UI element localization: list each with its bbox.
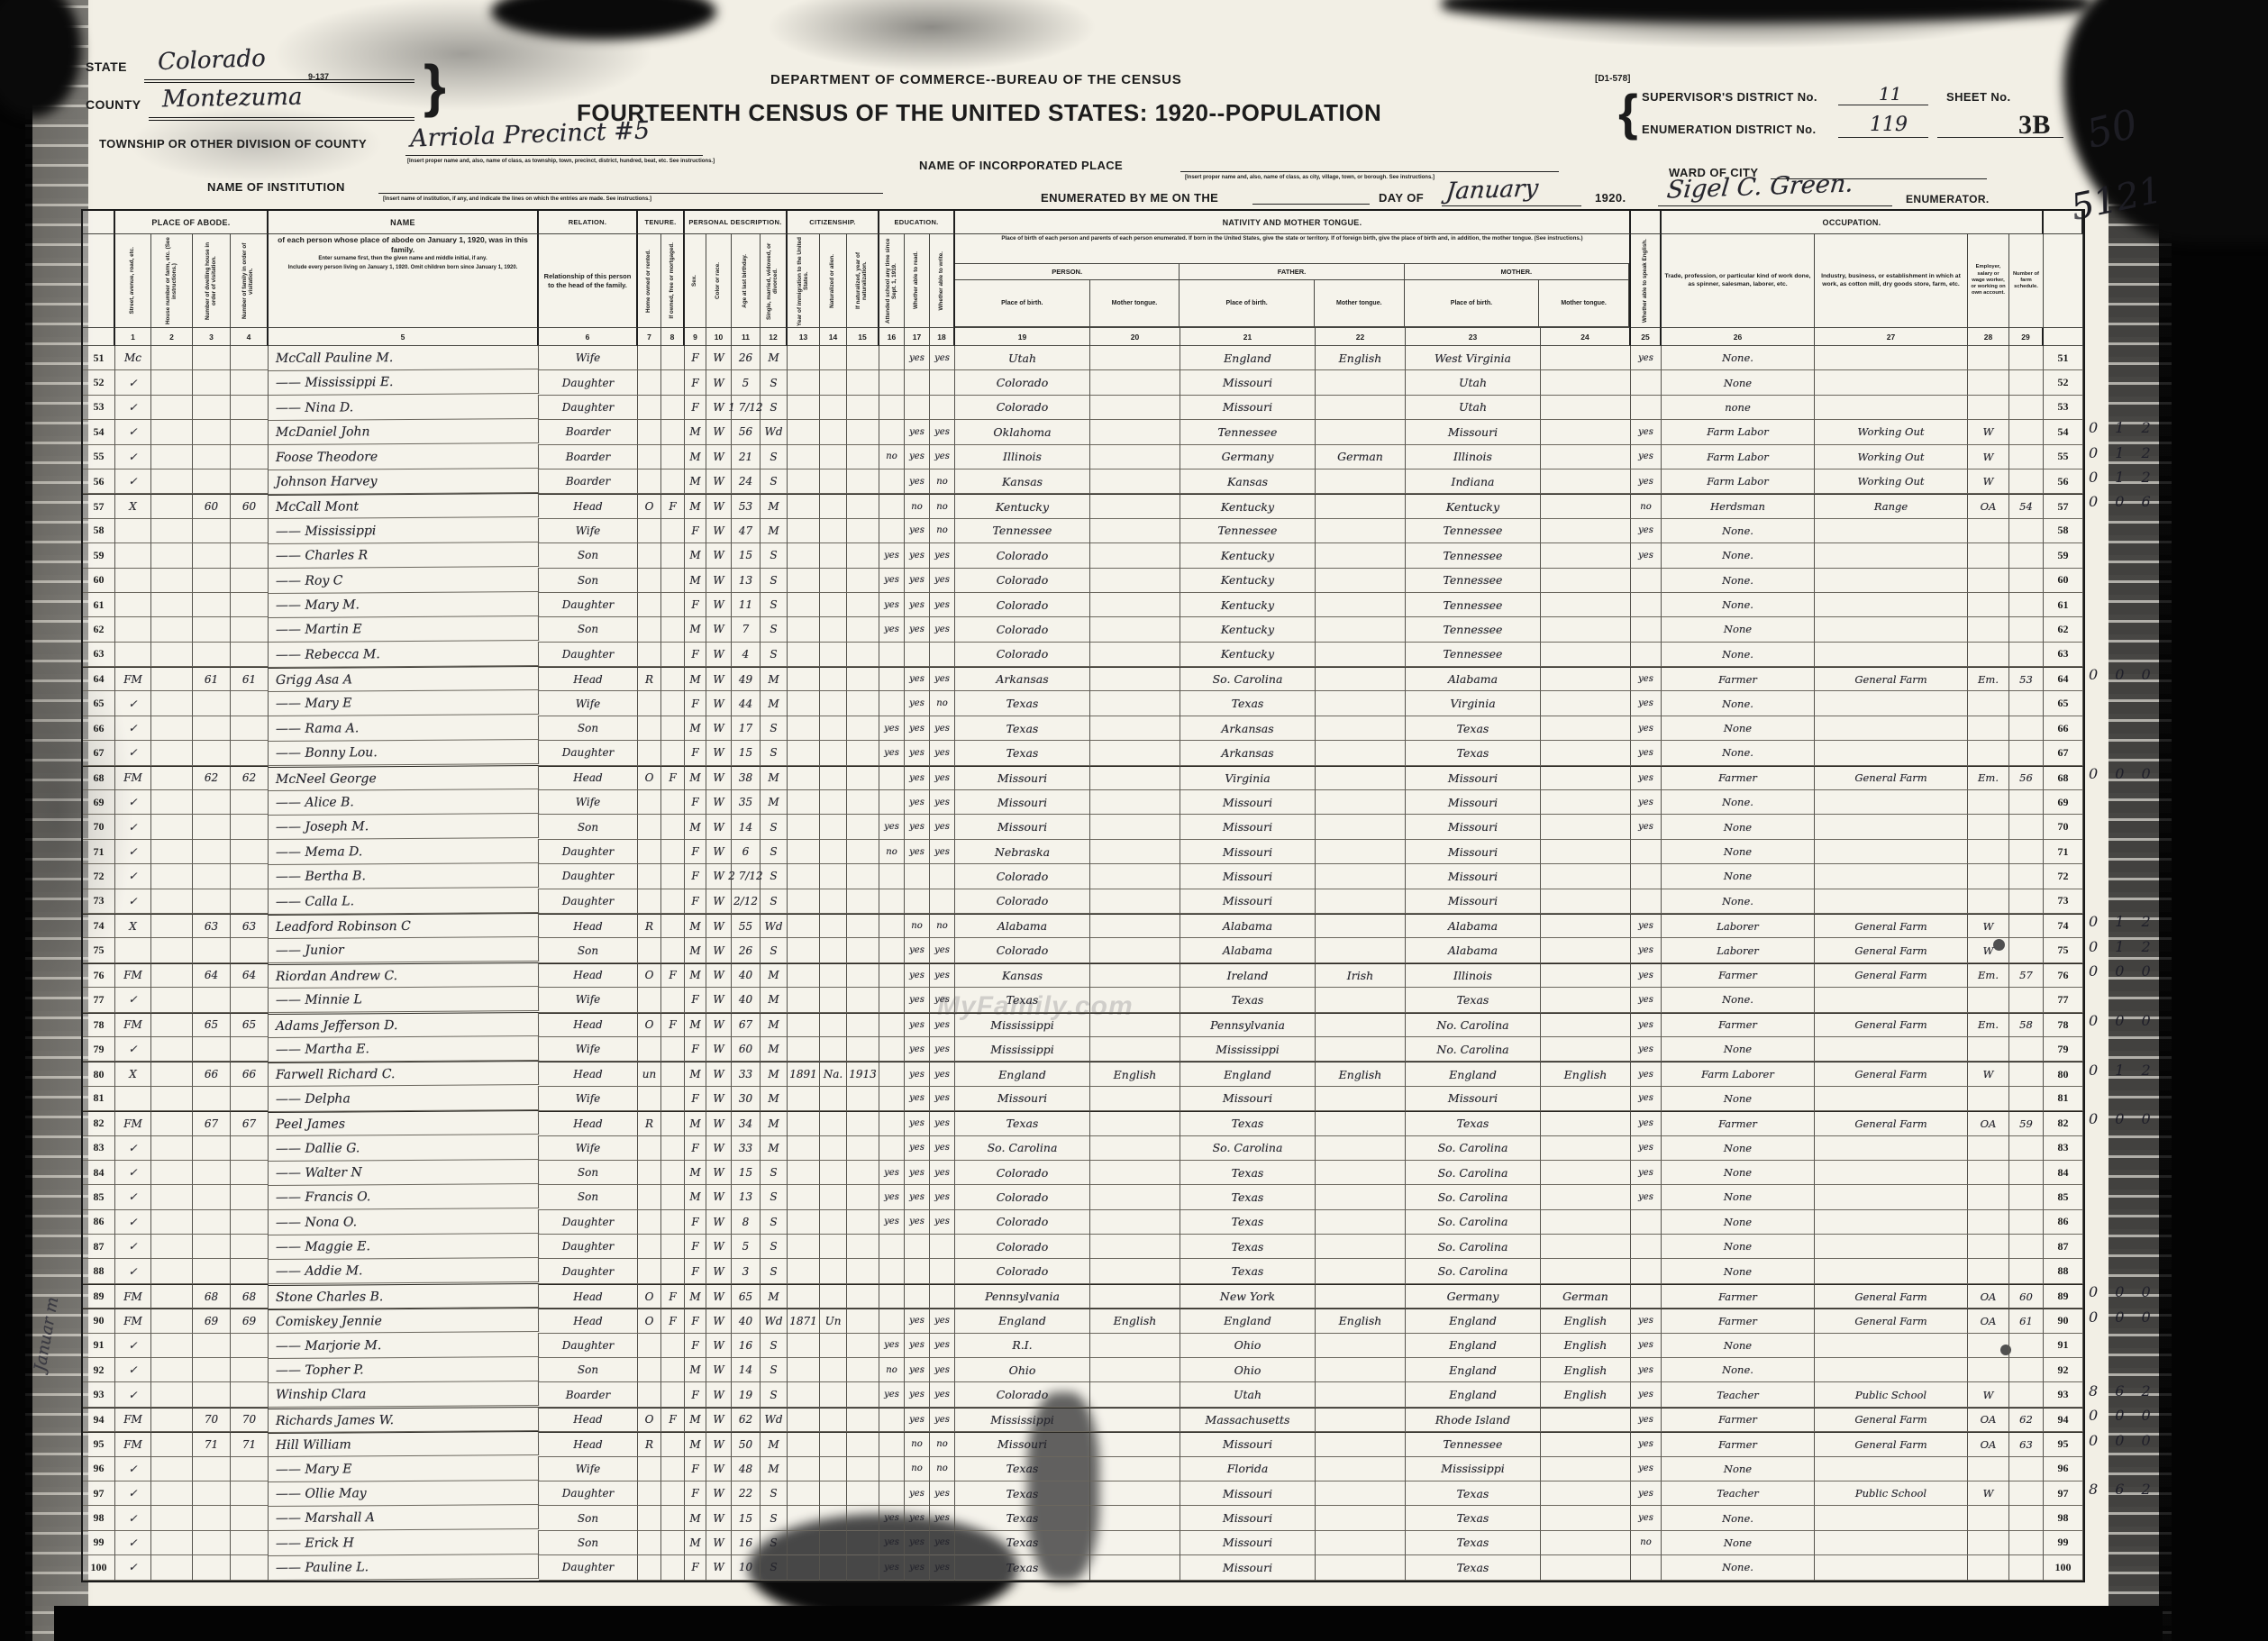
cell	[1815, 1037, 1968, 1062]
cell	[2009, 1185, 2044, 1209]
cell	[1968, 593, 2009, 617]
colnum-2: 2	[151, 328, 193, 346]
cell	[1968, 1506, 2009, 1530]
enumerated-mid: DAY OF	[1379, 191, 1424, 205]
cell: 6	[732, 840, 761, 864]
cell	[115, 593, 151, 617]
cell	[231, 396, 269, 420]
cell	[820, 543, 847, 568]
cell	[1541, 1259, 1631, 1283]
cell	[879, 643, 905, 667]
cell	[1090, 1531, 1180, 1555]
cell	[820, 864, 847, 889]
cell	[930, 1284, 955, 1308]
cell	[231, 420, 269, 444]
cell	[1968, 889, 2009, 914]
cell	[151, 766, 193, 790]
cell: Missouri	[1180, 889, 1316, 914]
cell	[847, 938, 879, 962]
cell: F	[661, 1308, 685, 1333]
cell	[2009, 1334, 2044, 1358]
cell: W	[1968, 1382, 2009, 1407]
cell: Texas	[1180, 1210, 1316, 1235]
cell	[788, 370, 820, 395]
cell	[231, 1334, 269, 1358]
cell	[638, 1334, 661, 1358]
cell: yes	[1631, 914, 1662, 938]
cell	[1968, 864, 2009, 889]
colnum-14: 14	[820, 328, 847, 346]
table-row: 100✓—— Pauline L.DaughterFW10SyesyesyesT…	[83, 1555, 2083, 1580]
supervisor-label: SUPERVISOR'S DISTRICT No.	[1642, 90, 1817, 104]
cell: 63	[193, 914, 231, 938]
cell: —— Martin E	[269, 616, 539, 643]
cell: Pennsylvania	[955, 1284, 1090, 1308]
cell	[661, 370, 685, 395]
cell: Virginia	[1406, 691, 1541, 716]
cell: Richards James W.	[269, 1407, 539, 1433]
cell: ✓	[115, 370, 151, 395]
cell	[847, 1210, 879, 1235]
cell: Missouri	[1180, 370, 1316, 395]
cell	[1090, 766, 1180, 790]
cell: FM	[115, 1408, 151, 1432]
cell	[2009, 716, 2044, 741]
cell	[1316, 914, 1406, 938]
cell	[193, 1136, 231, 1161]
cell: Kentucky	[1180, 494, 1316, 518]
cell: —— Ollie May	[269, 1481, 539, 1507]
row-number-left: 53	[83, 396, 115, 420]
cell: —— Topher P.	[269, 1357, 539, 1383]
cell	[1815, 1334, 1968, 1358]
cell	[638, 691, 661, 716]
enumerated-year: 1920.	[1595, 191, 1626, 205]
cell: Colorado	[955, 370, 1090, 395]
cell	[661, 1457, 685, 1481]
cell: yes	[1631, 1358, 1662, 1382]
cell	[1815, 643, 1968, 667]
cell: M	[685, 1408, 706, 1432]
cell: ✓	[115, 889, 151, 914]
cell: S	[761, 617, 788, 642]
cell	[231, 1457, 269, 1481]
row-number-right: 78	[2044, 1013, 2083, 1037]
cell: S	[761, 470, 788, 494]
cell	[151, 1087, 193, 1111]
cell: yes	[905, 1358, 930, 1382]
cell: W	[706, 766, 732, 790]
cell: Daughter	[539, 1235, 638, 1259]
cell	[1815, 519, 1968, 543]
cell: 3	[732, 1259, 761, 1283]
cell	[820, 815, 847, 839]
cell	[151, 1062, 193, 1086]
cell: yes	[1631, 741, 1662, 765]
cell	[788, 1481, 820, 1506]
cell	[661, 1235, 685, 1259]
cell	[661, 889, 685, 914]
cell: 63	[2009, 1432, 2044, 1456]
cell: W	[706, 1334, 732, 1358]
cell	[638, 716, 661, 741]
cell: 19	[732, 1382, 761, 1407]
cell	[879, 346, 905, 370]
colnum-15: 15	[847, 328, 879, 346]
cell	[1316, 691, 1406, 716]
department-line: DEPARTMENT OF COMMERCE--BUREAU OF THE CE…	[770, 72, 1182, 87]
cell	[151, 370, 193, 395]
row-number-right: 69	[2044, 790, 2083, 815]
cell: yes	[905, 1013, 930, 1037]
cell	[1815, 1136, 1968, 1161]
cell: yes	[905, 617, 930, 642]
cell: yes	[905, 593, 930, 617]
table-row: 78FM6565Adams Jefferson D.HeadOFMW67Myes…	[83, 1013, 2083, 1037]
group-occupation: OCCUPATION.	[1662, 211, 2044, 234]
cell	[115, 1087, 151, 1111]
cell	[115, 519, 151, 543]
cell: General Farm	[1815, 766, 1968, 790]
cell: S	[761, 396, 788, 420]
cell	[1541, 766, 1631, 790]
cell: yes	[930, 1161, 955, 1185]
cell: Na.	[820, 1062, 847, 1086]
row-number-left: 80	[83, 1062, 115, 1086]
enumerated-prefix: ENUMERATED BY ME ON THE	[1041, 191, 1218, 205]
cell: Mc	[115, 346, 151, 370]
cell: So. Carolina	[1180, 1136, 1316, 1161]
cell: W	[706, 1358, 732, 1382]
cell: —— Mississippi	[269, 518, 539, 544]
cell	[193, 617, 231, 642]
cell: R	[638, 667, 661, 691]
cell: Farmer	[1662, 1013, 1815, 1037]
cell	[847, 1506, 879, 1530]
cell	[820, 1037, 847, 1062]
row-number-right: 63	[2044, 643, 2083, 667]
township-line	[405, 155, 703, 156]
cell	[2009, 889, 2044, 914]
col-industry: Industry, business, or establishment in …	[1815, 234, 1968, 328]
cell	[847, 889, 879, 914]
cell: None	[1662, 1457, 1815, 1481]
cell: 67	[732, 1013, 761, 1037]
cell	[879, 370, 905, 395]
cell: yes	[905, 1408, 930, 1432]
row-number-right: 76	[2044, 963, 2083, 988]
cell: yes	[930, 1087, 955, 1111]
cell: no	[879, 1358, 905, 1382]
cell: W	[706, 1457, 732, 1481]
cell	[1090, 370, 1180, 395]
cell: W	[706, 1555, 732, 1580]
cell: Illinois	[955, 445, 1090, 470]
table-row: 58—— MississippiWifeFW47MyesnoTennesseeT…	[83, 519, 2083, 543]
cell: —— Rebecca M.	[269, 642, 539, 668]
cell: yes	[905, 963, 930, 988]
cell	[788, 617, 820, 642]
colnum-29: 29	[2009, 328, 2044, 346]
cell: General Farm	[1815, 1013, 1968, 1037]
cell: Colorado	[955, 938, 1090, 962]
cell: O	[638, 494, 661, 518]
cell	[1090, 667, 1180, 691]
cell: 71	[231, 1432, 269, 1456]
cell: S	[761, 1161, 788, 1185]
cell: Tennessee	[955, 519, 1090, 543]
cell: yes	[905, 790, 930, 815]
census-title: FOURTEENTH CENSUS OF THE UNITED STATES: …	[577, 99, 1381, 127]
cell: yes	[905, 1210, 930, 1235]
cell	[2009, 938, 2044, 962]
enumerated-blank	[1252, 204, 1370, 205]
cell: General Farm	[1815, 938, 1968, 962]
cell: Texas	[955, 1457, 1090, 1481]
cell	[1090, 1185, 1180, 1209]
col-street: Street, avenue, road, etc.	[115, 234, 151, 328]
row-number-right: 61	[2044, 593, 2083, 617]
cell: 61	[2009, 1308, 2044, 1333]
cell	[638, 346, 661, 370]
cell	[1316, 1210, 1406, 1235]
table-row: 62—— Martin ESonMW7SyesyesyesColoradoKen…	[83, 617, 2083, 642]
cell: 67	[193, 1111, 231, 1135]
cell: —— Nina D.	[269, 395, 539, 421]
cell	[2009, 1358, 2044, 1382]
cell: S	[761, 370, 788, 395]
cell	[847, 1382, 879, 1407]
row-number-left: 62	[83, 617, 115, 642]
cell: F	[685, 1136, 706, 1161]
cell: —— Junior	[269, 937, 539, 963]
table-row: 98✓—— Marshall ASonMW15SyesyesyesTexasMi…	[83, 1506, 2083, 1530]
cell: Tennessee	[1406, 1432, 1541, 1456]
cell	[2009, 1457, 2044, 1481]
cell	[151, 1037, 193, 1062]
cell: Missouri	[955, 815, 1090, 839]
cell	[1631, 1284, 1662, 1308]
cell: F	[685, 790, 706, 815]
cell: yes	[930, 1037, 955, 1062]
row-number-left: 88	[83, 1259, 115, 1283]
cell	[1090, 1235, 1180, 1259]
row-number-right: 100	[2044, 1555, 2083, 1580]
cell: Daughter	[539, 864, 638, 889]
cell: Wife	[539, 1457, 638, 1481]
cell: 4	[732, 643, 761, 667]
cell	[788, 593, 820, 617]
row-number-right: 74	[2044, 914, 2083, 938]
header-numbers: 1234567891011121314151617181920212223242…	[83, 328, 2083, 346]
row-number-right: 81	[2044, 1087, 2083, 1111]
cell	[905, 1284, 930, 1308]
cell: yes	[905, 1481, 930, 1506]
sheet-label: SHEET No.	[1946, 90, 2011, 104]
cell: Missouri	[1180, 1506, 1316, 1530]
cell	[788, 1037, 820, 1062]
cell	[847, 643, 879, 667]
cell	[820, 1408, 847, 1432]
cell: —— Mema D.	[269, 839, 539, 865]
table-row: 97✓—— Ollie MayDaughterFW22SyesyesTexasM…	[83, 1481, 2083, 1506]
cell	[661, 617, 685, 642]
cell	[1968, 1185, 2009, 1209]
cell: Son	[539, 1358, 638, 1382]
cell: 53	[2009, 667, 2044, 691]
cell	[661, 1136, 685, 1161]
cell: no	[1631, 1531, 1662, 1555]
cell: M	[761, 790, 788, 815]
cell: no	[905, 494, 930, 518]
cell: Head	[539, 1308, 638, 1333]
table-row: 93✓Winship ClaraBoarderFW19SyesyesyesCol…	[83, 1382, 2083, 1407]
cell: —— Marshall A	[269, 1505, 539, 1531]
cell	[1316, 1111, 1406, 1135]
cell: Texas	[955, 1506, 1090, 1530]
cell: Wife	[539, 988, 638, 1012]
cell: 35	[732, 790, 761, 815]
cell	[661, 790, 685, 815]
cell	[638, 1358, 661, 1382]
col-marital: Single, married, widowed, or divorced.	[761, 234, 788, 328]
cell	[661, 1062, 685, 1086]
cell	[788, 1161, 820, 1185]
cell	[1316, 790, 1406, 815]
cell	[1316, 889, 1406, 914]
cell	[1316, 716, 1406, 741]
cell	[879, 1013, 905, 1037]
cell: —— Nona O.	[269, 1209, 539, 1235]
row-number-left: 81	[83, 1087, 115, 1111]
cell	[1316, 617, 1406, 642]
cell: Colorado	[955, 1161, 1090, 1185]
cell	[788, 1087, 820, 1111]
cell	[231, 1382, 269, 1407]
cell: Missouri	[1406, 790, 1541, 815]
colnum-8: 8	[661, 328, 685, 346]
cell	[930, 1259, 955, 1283]
cell: yes	[1631, 790, 1662, 815]
cell	[847, 1308, 879, 1333]
cell: yes	[905, 716, 930, 741]
cell	[151, 1308, 193, 1333]
table-row: 65✓—— Mary EWifeFW44MyesnoTexasTexasVirg…	[83, 691, 2083, 716]
cell	[1631, 889, 1662, 914]
cell: Farm Laborer	[1662, 1062, 1815, 1086]
row-number-left: 52	[83, 370, 115, 395]
cell	[1090, 1382, 1180, 1407]
cell: Head	[539, 1111, 638, 1135]
col-family-number: Number of family in order of visitation.	[231, 234, 269, 328]
cell: R	[638, 914, 661, 938]
cell	[788, 1382, 820, 1407]
row-number-right: 95	[2044, 1432, 2083, 1456]
cell	[820, 346, 847, 370]
cell	[193, 1161, 231, 1185]
cell: Comiskey Jennie	[269, 1308, 539, 1334]
cell	[193, 988, 231, 1012]
row-number-right: 57	[2044, 494, 2083, 518]
cell	[193, 741, 231, 765]
cell: O	[638, 1408, 661, 1432]
cell: F	[685, 1481, 706, 1506]
cell: yes	[879, 543, 905, 568]
cell	[661, 864, 685, 889]
cell	[1541, 643, 1631, 667]
cell	[193, 396, 231, 420]
cell: Em.	[1968, 766, 2009, 790]
colnum-5: 5	[269, 328, 539, 346]
cell	[2009, 988, 2044, 1012]
table-row: 99✓—— Erick HSonMW16SyesyesyesTexasMisso…	[83, 1531, 2083, 1555]
cell	[847, 914, 879, 938]
cell	[1316, 1555, 1406, 1580]
cell	[193, 1457, 231, 1481]
cell: yes	[930, 766, 955, 790]
group-nativity: NATIVITY AND MOTHER TONGUE.	[955, 211, 1631, 234]
cell: Nebraska	[955, 840, 1090, 864]
cell	[1815, 1235, 1968, 1259]
cell	[638, 938, 661, 962]
cell: Range	[1815, 494, 1968, 518]
cell	[1541, 691, 1631, 716]
cell	[1090, 914, 1180, 938]
cell	[820, 1555, 847, 1580]
cell	[847, 445, 879, 470]
cell	[638, 1210, 661, 1235]
cell	[788, 938, 820, 962]
cell: OA	[1968, 1308, 2009, 1333]
cell: yes	[1631, 667, 1662, 691]
cell: W	[706, 1185, 732, 1209]
table-row: 56✓Johnson HarveyBoarderMW24SyesnoKansas…	[83, 470, 2083, 494]
cell	[661, 1185, 685, 1209]
cell	[151, 470, 193, 494]
cell: 16	[732, 1334, 761, 1358]
cell: R	[638, 1432, 661, 1456]
cell	[847, 963, 879, 988]
cell: 33	[732, 1136, 761, 1161]
cell: no	[905, 1457, 930, 1481]
cell	[151, 1161, 193, 1185]
cell	[788, 790, 820, 815]
cell	[1541, 543, 1631, 568]
cell: —— Marjorie M.	[269, 1333, 539, 1359]
cell: yes	[879, 1161, 905, 1185]
cell	[151, 643, 193, 667]
header-spacer	[1631, 211, 1662, 234]
cell	[1815, 396, 1968, 420]
cell: Em.	[1968, 667, 2009, 691]
cell	[638, 815, 661, 839]
cell	[2009, 1382, 2044, 1407]
cell: yes	[1631, 1136, 1662, 1161]
row-number-left: 79	[83, 1037, 115, 1062]
cell	[847, 691, 879, 716]
cell: M	[685, 815, 706, 839]
cell	[1090, 1037, 1180, 1062]
cell: Son	[539, 716, 638, 741]
cell: yes	[930, 741, 955, 765]
cell: Head	[539, 1013, 638, 1037]
cell: Daughter	[539, 1259, 638, 1283]
cell: Winship Clara	[269, 1381, 539, 1408]
cell	[879, 988, 905, 1012]
cell	[1090, 1259, 1180, 1283]
cell	[1541, 988, 1631, 1012]
cell: O	[638, 963, 661, 988]
